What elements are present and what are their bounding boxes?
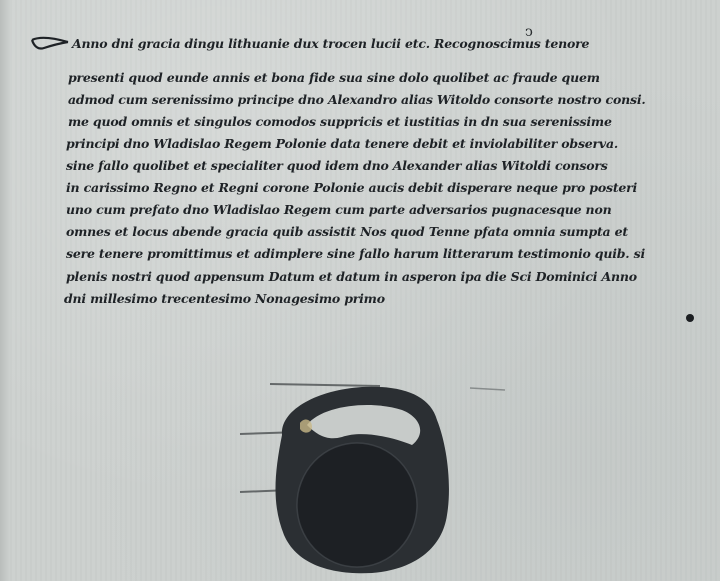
text-line-4: me quod omnis et singulos comodos suppri… — [68, 114, 612, 129]
page-left-edge — [0, 0, 10, 581]
text-line-1: Anno dni gracia dingu lithuanie dux troc… — [72, 36, 589, 51]
initial-flourish-icon — [30, 36, 70, 54]
document-page: ↄ Anno dni gracia dingu lithuanie dux tr… — [0, 0, 720, 581]
text-line-5: principi dno Wladislao Regem Polonie dat… — [66, 136, 618, 151]
text-line-10: sere tenere promittimus et adimplere sin… — [66, 246, 645, 261]
text-line-6: sine fallo quolibet et specialiter quod … — [66, 158, 608, 173]
text-line-11: plenis nostri quod appensum Datum et dat… — [66, 269, 637, 284]
text-line-2: presenti quod eunde annis et bona fide s… — [68, 70, 600, 85]
text-line-12: dni millesimo trecentesimo Nonagesimo pr… — [64, 291, 385, 306]
text-line-7: in carissimo Regno et Regni corone Polon… — [66, 180, 637, 195]
text-line-8: uno cum prefato dno Wladislao Regem cum … — [66, 202, 611, 217]
wax-seal-icon — [262, 375, 462, 575]
end-mark-dot — [686, 314, 694, 322]
text-line-3: admod cum serenissimo principe dno Alexa… — [68, 92, 646, 107]
text-line-9: omnes et locus abende gracia quib assist… — [66, 224, 628, 239]
